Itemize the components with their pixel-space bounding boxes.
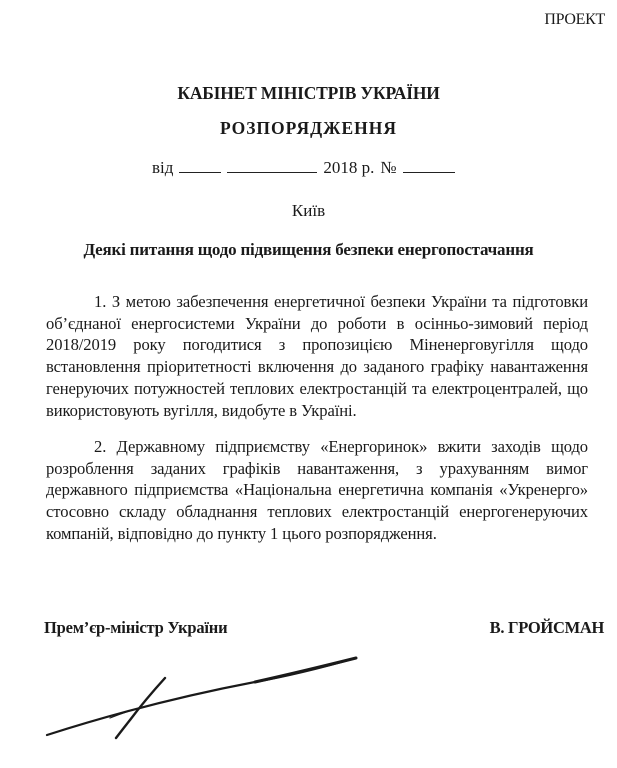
paragraph-2: 2. Державному підприємству «Енергоринок»… [46,436,588,545]
number-blank [403,158,455,173]
year-text: 2018 р. [323,158,374,178]
date-line: від 2018 р. № [152,158,455,178]
draft-stamp: ПРОЕКТ [544,11,605,29]
day-blank [179,158,221,173]
city-label: Київ [0,201,617,221]
month-blank [227,158,317,173]
issuer-heading: КАБІНЕТ МІНІСТРІВ УКРАЇНИ [0,83,617,104]
handwritten-signature [0,590,617,768]
paragraph-1: 1. З метою забезпечення енергетичної без… [46,291,588,421]
document-type-heading: РОЗПОРЯДЖЕННЯ [0,118,617,139]
subject-heading: Деякі питання щодо підвищення безпеки ен… [0,240,617,260]
date-prefix: від [152,158,173,178]
number-sign: № [380,158,396,178]
